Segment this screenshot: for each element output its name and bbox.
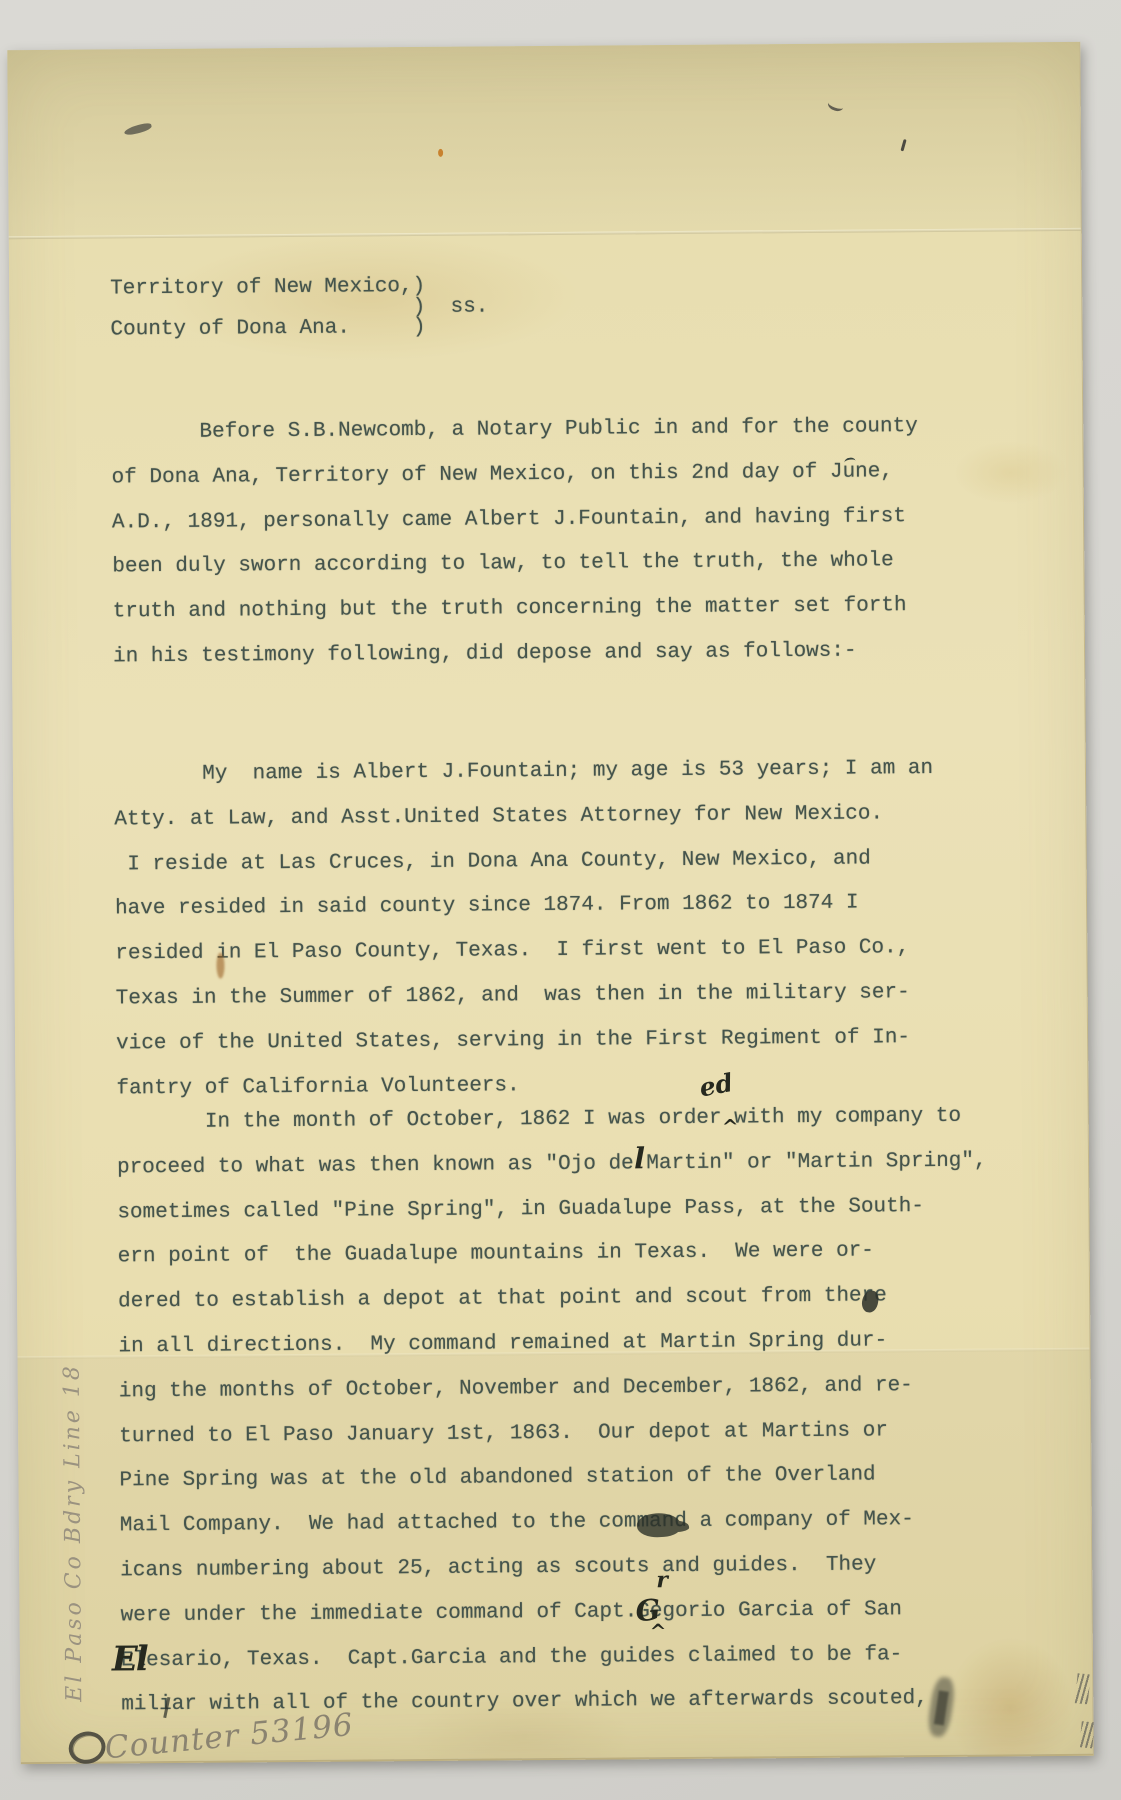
testimony-october-paragraph: In the month of October, 1862 I was orde… — [117, 1095, 991, 1729]
document-page: Territory of New Mexico,) ) ss. County o… — [7, 42, 1093, 1764]
jurat-venue-heading: Territory of New Mexico,) ) ss. County o… — [110, 276, 489, 340]
handwritten-insertion-l: l — [634, 1141, 645, 1175]
handwritten-overwrite-El: El — [112, 1639, 147, 1679]
jurat-paragraph: Before S.B.Newcomb, a Notary Public in a… — [111, 405, 920, 680]
paper-speck — [438, 149, 443, 157]
testimony-identity-paragraph: My name is Albert J.Fountain; my age is … — [114, 747, 936, 1112]
insertion-caret: ^ — [722, 1115, 739, 1139]
fold-shading-top — [7, 42, 1080, 236]
pencil-scribble — [1079, 1721, 1094, 1748]
margin-annotation: El Paso Co Bdry Line 18 — [60, 1363, 88, 1702]
handwritten-insertion-ed: ed — [697, 1068, 735, 1103]
handwritten-insertion-r: r — [656, 1567, 668, 1593]
handwritten-overwrite-G: G — [634, 1592, 661, 1628]
stain-drip — [216, 953, 224, 979]
scanned-document-photo: { "document": { "kind": "typewritten not… — [0, 0, 1121, 1800]
